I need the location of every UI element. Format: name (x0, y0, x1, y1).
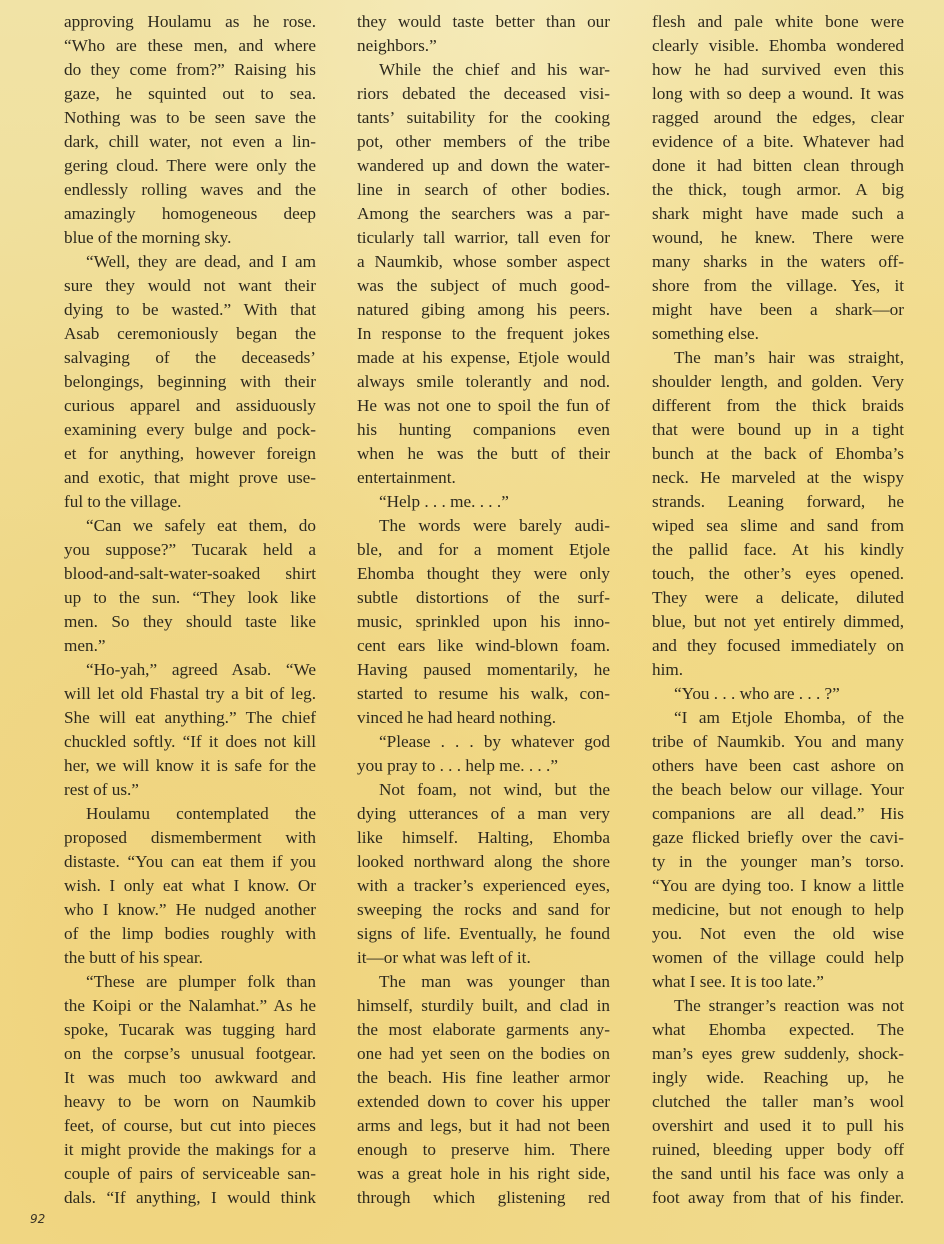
text-line: sure they would not want their (64, 274, 316, 298)
text-line: riors debated the deceased visi- (357, 82, 610, 106)
text-line: tants’ suitability for the cooking (357, 106, 610, 130)
text-line: the thick, tough armor. A big (652, 178, 904, 202)
text-line: neighbors.” (357, 34, 610, 58)
text-line: overshirt and used it to pull his (652, 1114, 904, 1138)
text-column-2: they would taste better than ourneighbor… (357, 10, 610, 1210)
text-line: dals. “If anything, I would think (64, 1186, 316, 1210)
text-line: touch, the other’s eyes opened. (652, 562, 904, 586)
text-line: In response to the frequent jokes (357, 322, 610, 346)
text-line: The man was younger than (357, 970, 610, 994)
text-line: what I see. It is too late.” (652, 970, 904, 994)
text-line: strands. Leaning forward, he (652, 490, 904, 514)
text-line: him. (652, 658, 904, 682)
text-line: gaze, he squinted out to sea. (64, 82, 316, 106)
text-line: men.” (64, 634, 316, 658)
text-column-1: approving Houlamu as he rose.“Who are th… (64, 10, 316, 1210)
text-line: the butt of his spear. (64, 946, 316, 970)
text-line: Nothing was to be seen save the (64, 106, 316, 130)
book-page: approving Houlamu as he rose.“Who are th… (0, 0, 944, 1244)
text-line: “You . . . who are . . . ?” (652, 682, 904, 706)
text-line: signs of life. Eventually, he found (357, 922, 610, 946)
text-line: He was not one to spoil the fun of (357, 394, 610, 418)
text-line: The man’s hair was straight, (652, 346, 904, 370)
text-line: clearly visible. Ehomba wondered (652, 34, 904, 58)
text-line: was a great hole in his right side, (357, 1162, 610, 1186)
text-line: She will eat anything.” The chief (64, 706, 316, 730)
text-line: couple of pairs of serviceable san- (64, 1162, 316, 1186)
text-line: While the chief and his war- (357, 58, 610, 82)
text-line: ticularly tall warrior, tall even for (357, 226, 610, 250)
text-line: long with so deep a wound. It was (652, 82, 904, 106)
text-line: his hunting companions even (357, 418, 610, 442)
text-line: “I am Etjole Ehomba, of the (652, 706, 904, 730)
text-line: what Ehomba expected. The (652, 1018, 904, 1042)
text-line: “Can we safely eat them, do (64, 514, 316, 538)
text-line: the sand until his face was only a (652, 1162, 904, 1186)
text-line: Among the searchers was a par- (357, 202, 610, 226)
text-line: how he had survived even this (652, 58, 904, 82)
text-line: extended down to cover his upper (357, 1090, 610, 1114)
text-line: Having paused momentarily, he (357, 658, 610, 682)
text-line: proposed dismemberment with (64, 826, 316, 850)
text-line: companions are all dead.” His (652, 802, 904, 826)
text-line: done it had bitten clean through (652, 154, 904, 178)
text-line: on the corpse’s unusual footgear. (64, 1042, 316, 1066)
text-line: something else. (652, 322, 904, 346)
text-line: pot, other members of the tribe (357, 130, 610, 154)
text-line: dying to be wasted.” With that (64, 298, 316, 322)
text-line: it—or what was left of it. (357, 946, 610, 970)
text-line: wish. I only eat what I know. Or (64, 874, 316, 898)
text-line: a Naumkib, whose somber aspect (357, 250, 610, 274)
text-line: foot away from that of his finder. (652, 1186, 904, 1210)
text-line: different from the thick braids (652, 394, 904, 418)
text-line: et for anything, however foreign (64, 442, 316, 466)
text-line: ragged around the edges, clear (652, 106, 904, 130)
text-line: might have been a shark—or (652, 298, 904, 322)
text-line: blue, but not yet entirely dimmed, (652, 610, 904, 634)
text-line: music, sprinkled upon his inno- (357, 610, 610, 634)
text-line: Asab ceremoniously began the (64, 322, 316, 346)
text-line: her, we will know it is safe for the (64, 754, 316, 778)
text-line: many sharks in the waters off- (652, 250, 904, 274)
text-line: flesh and pale white bone were (652, 10, 904, 34)
text-line: wiped sea slime and sand from (652, 514, 904, 538)
text-line: made at his expense, Etjole would (357, 346, 610, 370)
text-line: looked northward along the shore (357, 850, 610, 874)
text-line: amazingly homogeneous deep (64, 202, 316, 226)
text-line: enough to preserve him. There (357, 1138, 610, 1162)
text-line: others have been cast ashore on (652, 754, 904, 778)
text-line: the pallid face. At his kindly (652, 538, 904, 562)
text-line: who I know.” He nudged another (64, 898, 316, 922)
text-line: evidence of a bite. Whatever had (652, 130, 904, 154)
text-line: one had yet seen on the bodies on (357, 1042, 610, 1066)
text-line: The words were barely audi- (357, 514, 610, 538)
text-line: ble, and for a moment Etjole (357, 538, 610, 562)
text-line: that were bound up in a tight (652, 418, 904, 442)
text-line: of the limp bodies roughly with (64, 922, 316, 946)
text-line: blue of the morning sky. (64, 226, 316, 250)
text-line: They were a delicate, diluted (652, 586, 904, 610)
text-line: curious apparel and assiduously (64, 394, 316, 418)
text-line: started to resume his walk, con- (357, 682, 610, 706)
text-line: always smile tolerantly and nod. (357, 370, 610, 394)
text-line: vinced he had heard nothing. (357, 706, 610, 730)
text-line: will let old Fhastal try a bit of leg. (64, 682, 316, 706)
text-line: shark might have made such a (652, 202, 904, 226)
text-line: The stranger’s reaction was not (652, 994, 904, 1018)
text-line: “Help . . . me. . . .” (357, 490, 610, 514)
text-line: line in search of other bodies. (357, 178, 610, 202)
page-number: 92 (30, 1212, 45, 1226)
text-line: chuckled softly. “If it does not kill (64, 730, 316, 754)
text-line: man’s eyes grew suddenly, shock- (652, 1042, 904, 1066)
text-line: do they come from?” Raising his (64, 58, 316, 82)
text-column-3: flesh and pale white bone wereclearly vi… (652, 10, 904, 1210)
text-line: heavy to be worn on Naumkib (64, 1090, 316, 1114)
text-line: the beach below our village. Your (652, 778, 904, 802)
text-line: they would taste better than our (357, 10, 610, 34)
text-line: dark, chill water, not even a lin- (64, 130, 316, 154)
text-line: Not foam, not wind, but the (357, 778, 610, 802)
text-line: women of the village could help (652, 946, 904, 970)
text-line: subtle distortions of the surf- (357, 586, 610, 610)
text-line: endlessly rolling waves and the (64, 178, 316, 202)
text-line: tribe of Naumkib. You and many (652, 730, 904, 754)
text-line: like himself. Halting, Ehomba (357, 826, 610, 850)
text-line: ruined, bleeding upper body off (652, 1138, 904, 1162)
text-line: shoulder length, and golden. Very (652, 370, 904, 394)
text-line: “You are dying too. I know a little (652, 874, 904, 898)
text-line: “These are plumper folk than (64, 970, 316, 994)
text-line: gering cloud. There were only the (64, 154, 316, 178)
text-line: salvaging of the deceaseds’ (64, 346, 316, 370)
text-line: blood-and-salt-water-soaked shirt (64, 562, 316, 586)
text-line: examining every bulge and pock- (64, 418, 316, 442)
text-line: distaste. “You can eat them if you (64, 850, 316, 874)
text-line: when he was the butt of their (357, 442, 610, 466)
text-line: natured gibing among his peers. (357, 298, 610, 322)
text-line: it might provide the makings for a (64, 1138, 316, 1162)
text-line: wound, he knew. There were (652, 226, 904, 250)
text-line: gaze flicked briefly over the cavi- (652, 826, 904, 850)
text-line: wandered up and down the water- (357, 154, 610, 178)
text-line: “Ho-yah,” agreed Asab. “We (64, 658, 316, 682)
text-line: “Who are these men, and where (64, 34, 316, 58)
text-line: It was much too awkward and (64, 1066, 316, 1090)
text-line: himself, sturdily built, and clad in (357, 994, 610, 1018)
text-line: was the subject of much good- (357, 274, 610, 298)
text-line: spoke, Tucarak was tugging hard (64, 1018, 316, 1042)
text-line: medicine, but not enough to help (652, 898, 904, 922)
text-line: and they focused immediately on (652, 634, 904, 658)
text-line: cent ears like wind-blown foam. (357, 634, 610, 658)
text-line: “Well, they are dead, and I am (64, 250, 316, 274)
text-line: sweeping the rocks and sand for (357, 898, 610, 922)
text-line: approving Houlamu as he rose. (64, 10, 316, 34)
text-line: and exotic, that might prove use- (64, 466, 316, 490)
text-line: ful to the village. (64, 490, 316, 514)
text-line: dying utterances of a man very (357, 802, 610, 826)
text-line: through which glistening red (357, 1186, 610, 1210)
text-line: up to the sun. “They look like (64, 586, 316, 610)
text-line: you. Not even the old wise (652, 922, 904, 946)
text-line: bunch at the back of Ehomba’s (652, 442, 904, 466)
text-line: men. So they should taste like (64, 610, 316, 634)
text-line: the Koipi or the Nalamhat.” As he (64, 994, 316, 1018)
text-line: with a tracker’s experienced eyes, (357, 874, 610, 898)
text-line: rest of us.” (64, 778, 316, 802)
text-line: clutched the taller man’s wool (652, 1090, 904, 1114)
text-line: you suppose?” Tucarak held a (64, 538, 316, 562)
text-line: belongings, beginning with their (64, 370, 316, 394)
text-line: “Please . . . by whatever god (357, 730, 610, 754)
text-line: feet, of course, but cut into pieces (64, 1114, 316, 1138)
text-line: Ehomba thought they were only (357, 562, 610, 586)
text-line: the beach. His fine leather armor (357, 1066, 610, 1090)
text-line: arms and legs, but it had not been (357, 1114, 610, 1138)
text-line: entertainment. (357, 466, 610, 490)
text-line: the most elaborate garments any- (357, 1018, 610, 1042)
text-line: ingly wide. Reaching up, he (652, 1066, 904, 1090)
text-line: Houlamu contemplated the (64, 802, 316, 826)
text-line: neck. He marveled at the wispy (652, 466, 904, 490)
text-line: shore from the village. Yes, it (652, 274, 904, 298)
text-line: ty in the younger man’s torso. (652, 850, 904, 874)
text-line: you pray to . . . help me. . . .” (357, 754, 610, 778)
